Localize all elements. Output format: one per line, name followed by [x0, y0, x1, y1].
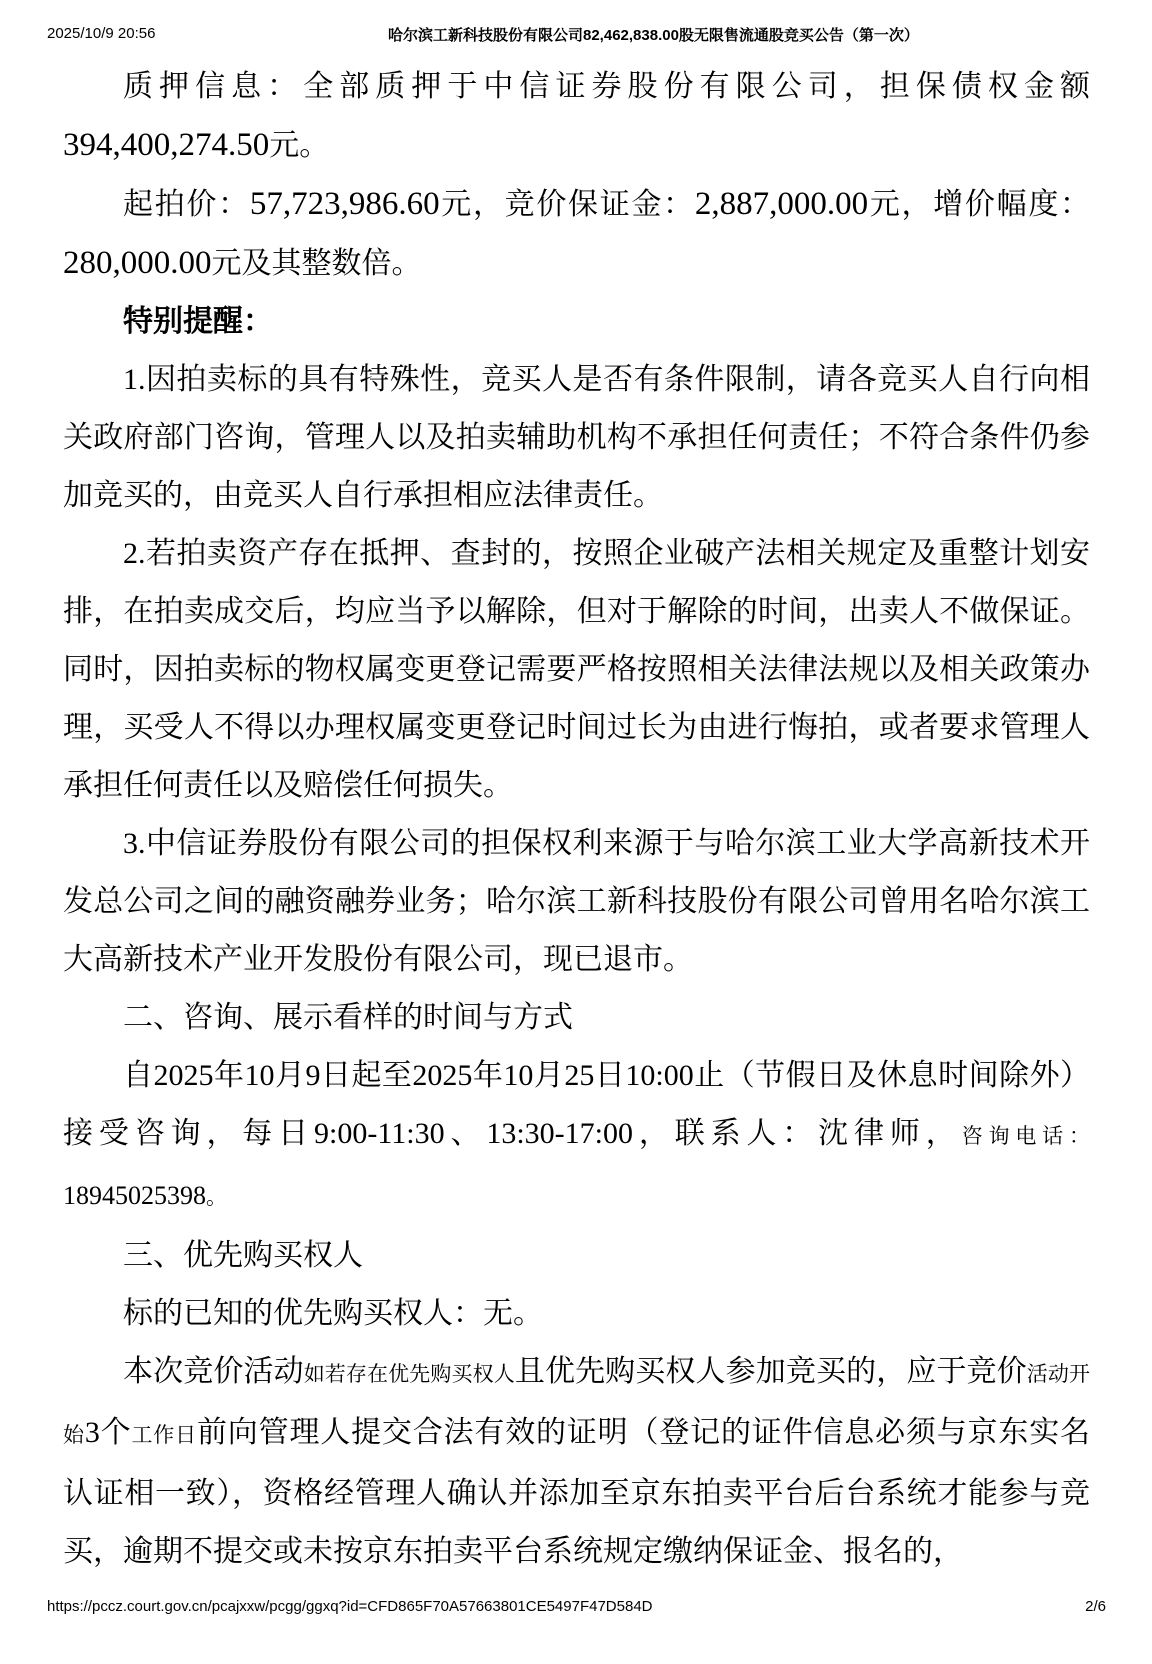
text-run: 特别提醒：	[123, 305, 273, 338]
text-run: 9	[305, 1059, 320, 1092]
text-run: 2.	[123, 537, 146, 570]
text-run: 个	[100, 1416, 132, 1449]
text-run: 57,723,986.60	[250, 186, 440, 222]
text-run: 因拍卖标的具有特殊性，竞买人是否有条件限制，请各竞买人自行向相关政府部门咨询，管…	[63, 363, 1090, 512]
text-run: 2,887,000.00	[695, 186, 868, 222]
text-run: 本次竞价活动	[123, 1355, 304, 1388]
text-run: 日起至	[320, 1059, 412, 1092]
text-run: 且优先购买权人参加竞买的，应于竞价	[515, 1355, 1027, 1388]
para-consultation-time: 自2025年10月9日起至2025年10月25日10:00止（节假日及休息时间除…	[63, 1047, 1090, 1227]
text-run: 年	[472, 1059, 503, 1092]
text-run: 自	[123, 1059, 154, 1092]
para-reminder-3: 3.中信证券股份有限公司的担保权利来源于与哈尔滨工业大学高新技术开发总公司之间的…	[63, 815, 1090, 989]
document-title: 哈尔滨工新科技股份有限公司82,462,838.00股无限售流通股竞买公告（第一…	[388, 24, 919, 45]
text-run: 394,400,274.50	[63, 127, 269, 163]
text-run: 咨询电话：	[962, 1125, 1090, 1148]
text-run: 3.	[123, 827, 146, 860]
heading-section-3: 三、优先购买权人	[63, 1227, 1090, 1285]
text-run: 18945025398	[63, 1181, 206, 1210]
text-run: 2025	[154, 1059, 214, 1092]
heading-section-2: 二、咨询、展示看样的时间与方式	[63, 989, 1090, 1047]
text-run: 年	[214, 1059, 245, 1092]
text-run: 前向管理人提交合法有效的证明（登记的证件信息必须与京东实名认证相一致），资格经管…	[63, 1416, 1090, 1568]
text-run: 9:00-11:30	[314, 1117, 445, 1150]
print-timestamp: 2025/10/9 20:56	[47, 25, 155, 42]
text-run: 10	[503, 1059, 533, 1092]
text-run: 10:00	[625, 1059, 693, 1092]
text-run: 标的已知的优先购买权人：无。	[123, 1297, 543, 1330]
print-page: { "page": { "background_color": "#ffffff…	[0, 0, 1152, 1664]
text-run: 13:30-17:00	[486, 1117, 633, 1150]
text-run: 月	[274, 1059, 305, 1092]
footer-url: https://pccz.court.gov.cn/pcajxxw/pcgg/g…	[47, 1598, 653, 1615]
text-run: 月	[533, 1059, 564, 1092]
text-run: 质押信息：全部质押于中信证券股份有限公司，担保债权金额	[123, 70, 1090, 103]
text-run: 工作日	[131, 1424, 196, 1447]
text-run: 元，增价幅度：	[868, 188, 1090, 221]
para-reminder-2: 2.若拍卖资产存在抵押、查封的，按照企业破产法相关规定及重整计划安排，在拍卖成交…	[63, 525, 1090, 815]
text-run: 若拍卖资产存在抵押、查封的，按照企业破产法相关规定及重整计划安排，在拍卖成交后，…	[63, 537, 1090, 802]
text-run: 1.	[123, 363, 146, 396]
text-run: 2025	[412, 1059, 472, 1092]
text-run: 三、优先购买权人	[123, 1239, 363, 1272]
page-indicator: 2/6	[1085, 1598, 1106, 1615]
text-run: 二、咨询、展示看样的时间与方式	[123, 1001, 573, 1034]
para-starting-price: 起拍价：57,723,986.60元，竞价保证金：2,887,000.00元，增…	[63, 175, 1090, 293]
text-run: 日	[594, 1059, 625, 1092]
para-priority-buyer-detail: 本次竞价活动如若存在优先购买权人且优先购买权人参加竞买的，应于竞价活动开始3个工…	[63, 1343, 1090, 1581]
text-run: 如若存在优先购买权人	[304, 1363, 515, 1386]
para-reminder-1: 1.因拍卖标的具有特殊性，竞买人是否有条件限制，请各竞买人自行向相关政府部门咨询…	[63, 351, 1090, 525]
text-run: 元。	[269, 129, 329, 162]
text-run: 起拍价：	[123, 188, 250, 221]
text-run: 3	[85, 1416, 100, 1449]
text-run: 10	[244, 1059, 274, 1092]
text-run: 中信证券股份有限公司的担保权利来源于与哈尔滨工业大学高新技术开发总公司之间的融资…	[63, 827, 1090, 976]
text-run: 280,000.00	[63, 245, 212, 281]
para-pledge-info: 质押信息：全部质押于中信证券股份有限公司，担保债权金额394,400,274.5…	[63, 58, 1090, 175]
text-run: ，联系人：沈律师，	[633, 1117, 962, 1150]
text-run: 元及其整数倍。	[212, 247, 422, 280]
text-run: 25	[564, 1059, 594, 1092]
text-run: 、	[445, 1117, 487, 1150]
text-run: 。	[206, 1186, 227, 1209]
text-run: 元，竞价保证金：	[440, 188, 695, 221]
document-body: 质押信息：全部质押于中信证券股份有限公司，担保债权金额394,400,274.5…	[63, 58, 1090, 1581]
para-priority-buyer: 标的已知的优先购买权人：无。	[63, 1285, 1090, 1343]
heading-special-reminder: 特别提醒：	[63, 293, 1090, 351]
